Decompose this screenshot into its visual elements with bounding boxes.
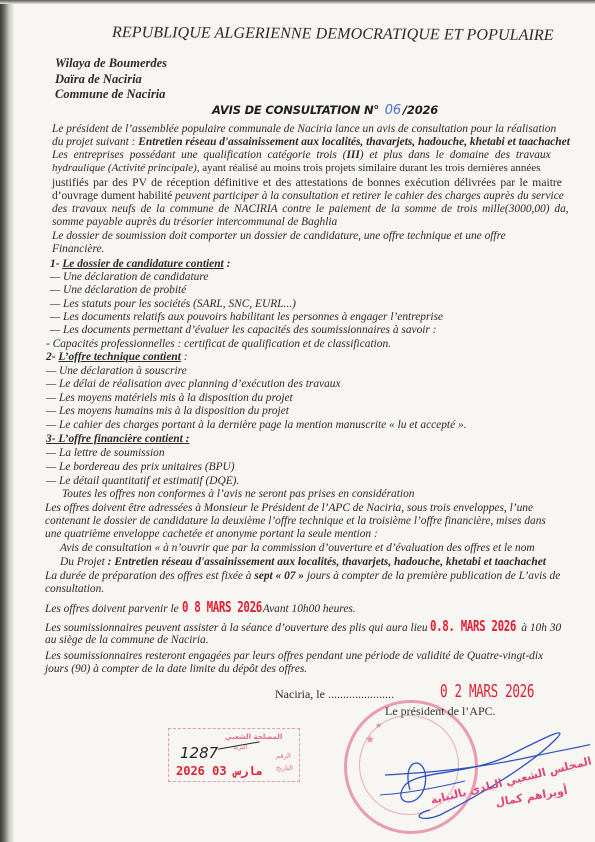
intro-line-3-text: Les entreprises possédant une qualificat…	[52, 149, 346, 161]
list-item-text: Une déclaration de probité	[63, 284, 186, 296]
wilaya-label: Wilaya de Boumerdes	[55, 56, 167, 72]
intro-line-6: d’ouvrage dument habilité peuvent partic…	[52, 190, 564, 203]
opening-line: Les soumissionnaires peuvent assister à …	[45, 620, 561, 635]
registry-stamp-header: المصلحة الشعبي	[225, 733, 282, 741]
category-label: III	[346, 149, 359, 161]
list-item: — Les documents permettant d’évaluer les…	[50, 324, 437, 337]
intro-line-4-rest: ayant réalisé au moins trois projets sim…	[200, 162, 541, 174]
opening-place: au siège de la commune de Naciria.	[45, 634, 209, 647]
intro-line-6-upright: d’ouvrage dument habilité	[52, 190, 175, 202]
mention-line-1: Avis de consultation « à n’ouvrir que pa…	[60, 542, 535, 555]
notice-title: AVIS DE CONSULTATION N° 06/2026	[212, 103, 438, 118]
address-line-2: contenant le dossier de candidature la d…	[45, 515, 546, 528]
list-item-text: Le délai de réalisation avec planning d’…	[59, 378, 341, 390]
place-and-date: Naciria, le ......................	[275, 688, 394, 701]
intro-line-4: hydraulique (Activité principale), ayant…	[52, 162, 540, 175]
duration-line: La durée de préparation des offres est f…	[45, 570, 560, 583]
opening-date-stamp: 0.8. MARS 2026	[430, 620, 493, 633]
intro-line-9: Le dossier de soumission doit comporter …	[52, 230, 506, 243]
intro-line-4-italic: hydraulique (Activité principale),	[52, 162, 200, 174]
validity-line-1: Les soumissionnaires resteront engagées …	[45, 650, 543, 663]
list-item-text: Une déclaration à souscrire	[59, 365, 187, 377]
registry-stamp-number-label: الرقم	[276, 752, 291, 760]
seal-star-icon: ★	[365, 733, 375, 746]
intro-line-10: Financière.	[52, 243, 104, 256]
section-2-number: 2-	[46, 351, 58, 363]
intro-line-6-italic: peuvent participer à la consultation et …	[175, 190, 564, 202]
list-item: — Le détail quantitatif et estimatif (DQ…	[46, 475, 239, 488]
section-3-title: L’offre financière contient :	[58, 433, 189, 445]
duration-end: consultation.	[45, 583, 104, 596]
section-2-colon: :	[181, 351, 188, 363]
deadline-suffix: ... Avant 10h00 heures.	[252, 603, 356, 615]
mention-project-name: : Entretien réseau d'assainissement aux …	[108, 556, 546, 568]
deadline-date-stamp: 0 8 MARS 2026	[182, 601, 232, 614]
notice-title-suffix: /2026	[403, 103, 438, 117]
section-1-title: Le dossier de candidature contient	[62, 258, 223, 270]
intro-line-2: du projet suivant : Entretien réseau d'a…	[52, 136, 570, 149]
registry-date-stamp: 2026 مارس 03	[176, 764, 263, 778]
list-item-text: Les statuts pour les sociétés (SARL, SNC…	[63, 298, 296, 310]
address-line-3: une quatrième enveloppe cachetée et anon…	[45, 528, 378, 541]
list-item: — Une déclaration de probité	[50, 284, 186, 297]
validity-line-2: jours (90) à compter de la date limite d…	[45, 663, 307, 676]
notice-handwritten-number: 06	[385, 103, 401, 118]
list-item-text: La lettre de soumission	[59, 447, 165, 459]
list-item-text: Le détail quantitatif et estimatif (DQE)…	[59, 475, 239, 487]
deadline-line: Les offres doivent parvenir le 0 8 MARS …	[45, 601, 356, 616]
section-3-number: 3-	[46, 433, 58, 445]
intro-line-7: des travaux neufs de la commune de NACIR…	[52, 203, 569, 216]
scan-left-edge	[0, 0, 14, 842]
list-item: — La lettre de soumission	[46, 447, 165, 460]
list-item-text: Les documents relatifs aux pouvoirs habi…	[63, 311, 443, 323]
section-1-colon: :	[224, 258, 231, 270]
nonconform-note: Toutes les offres non conformes à l’avis…	[62, 488, 414, 501]
section-1-heading: 1- Le dossier de candidature contient :	[50, 258, 230, 271]
notice-title-prefix: AVIS DE CONSULTATION N°	[212, 103, 379, 117]
list-item: — Les statuts pour les sociétés (SARL, S…	[50, 298, 296, 311]
intro-line-1: Le président de l’assemblée populaire co…	[52, 123, 556, 136]
daira-label: Daïra de Naciria	[55, 72, 167, 88]
list-item: — Le bordereau des prix unitaires (BPU)	[46, 461, 235, 474]
list-item-text: Une déclaration de candidature	[63, 271, 208, 283]
intro-line-8: somme payable auprès du trésorier interc…	[52, 216, 337, 229]
list-item: — Une déclaration à souscrire	[46, 365, 187, 378]
opening-time: à 10h 30	[518, 622, 561, 634]
list-item: — Les documents relatifs aux pouvoirs ha…	[50, 311, 443, 324]
list-item-text: Le bordereau des prix unitaires (BPU)	[59, 461, 235, 473]
list-item-text: Les moyens matériels mis à la dispositio…	[59, 392, 293, 404]
list-sub-item: - Capacités professionnelles : certifica…	[46, 338, 391, 351]
registry-stamp-date-label: التاريخ	[276, 764, 293, 772]
list-item: — Les moyens humains mis à la dispositio…	[46, 405, 289, 418]
list-item: — Le cahier des charges portant à la der…	[46, 419, 467, 432]
intro-line-2-prefix: du projet suivant :	[52, 136, 138, 148]
section-3-heading: 3- L’offre financière contient :	[46, 433, 189, 446]
list-item-text: Les moyens humains mis à la disposition …	[59, 405, 289, 417]
intro-line-5: justifiés par des PV de réception défini…	[52, 176, 562, 189]
commune-label: Commune de Naciria	[55, 87, 167, 103]
scan-top-edge	[0, 0, 595, 4]
mention-prefix: Du Projet	[60, 556, 108, 568]
list-item: — Le délai de réalisation avec planning …	[46, 378, 341, 391]
list-item: — Une déclaration de candidature	[50, 271, 208, 284]
duration-days: sept « 07 »	[254, 570, 304, 582]
list-item: — Les moyens matériels mis à la disposit…	[46, 392, 293, 405]
mention-line-2: Du Projet : Entretien réseau d'assainiss…	[60, 556, 546, 569]
project-name: Entretien réseau d'assainissement aux lo…	[138, 136, 570, 148]
duration-suffix: jours à compter de la première publicati…	[304, 570, 560, 582]
deadline-prefix: Les offres doivent parvenir le	[45, 603, 182, 615]
section-1-number: 1-	[50, 258, 62, 270]
registry-handwritten-number: 1287	[180, 744, 218, 762]
list-item-text: Les documents permettant d’évaluer les c…	[63, 324, 437, 336]
intro-line-3-end: ) et plus dans le domaine des travaux	[360, 149, 551, 161]
section-2-heading: 2- L’offre technique contient :	[46, 351, 188, 364]
administrative-header: Wilaya de Boumerdes Daïra de Naciria Com…	[55, 56, 167, 103]
section-2-title: L’offre technique contient	[58, 351, 181, 363]
duration-prefix: La durée de préparation des offres est f…	[45, 570, 254, 582]
opening-prefix: Les soumissionnaires peuvent assister à …	[45, 622, 430, 634]
address-line-1: Les offres doivent être adressées à Mons…	[45, 502, 533, 515]
country-title: REPUBLIQUE ALGERIENNE DEMOCRATIQUE ET PO…	[112, 24, 554, 45]
list-item-text: Le cahier des charges portant à la derni…	[59, 419, 467, 431]
intro-line-3: Les entreprises possédant une qualificat…	[52, 149, 551, 162]
signature-date-stamp: 0 2 MARS 2026	[440, 685, 534, 698]
